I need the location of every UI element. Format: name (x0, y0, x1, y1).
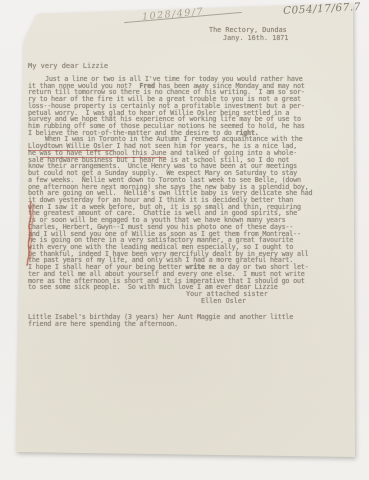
scanned-letter-page: 1028/49/7 C054/17/67.7 The Rectory, Dund… (0, 0, 369, 480)
postscript: Little Isabel's birthday (3 years) her A… (28, 314, 338, 327)
signature-name: Ellen Osler (201, 297, 246, 305)
postscript-line: friend are here spending the afternoon. (28, 321, 338, 328)
letter-body-line: to see some sick people. So with much lo… (28, 284, 338, 291)
letterhead-date: Jany. 16th. 1871 (223, 34, 288, 42)
letterhead-address: The Rectory, Dundas (209, 26, 287, 34)
red-margin-mark (18, 200, 42, 266)
salutation: My very dear Lizzie (28, 62, 108, 70)
letter-body: Just a line or two is all I've time for … (28, 76, 338, 291)
